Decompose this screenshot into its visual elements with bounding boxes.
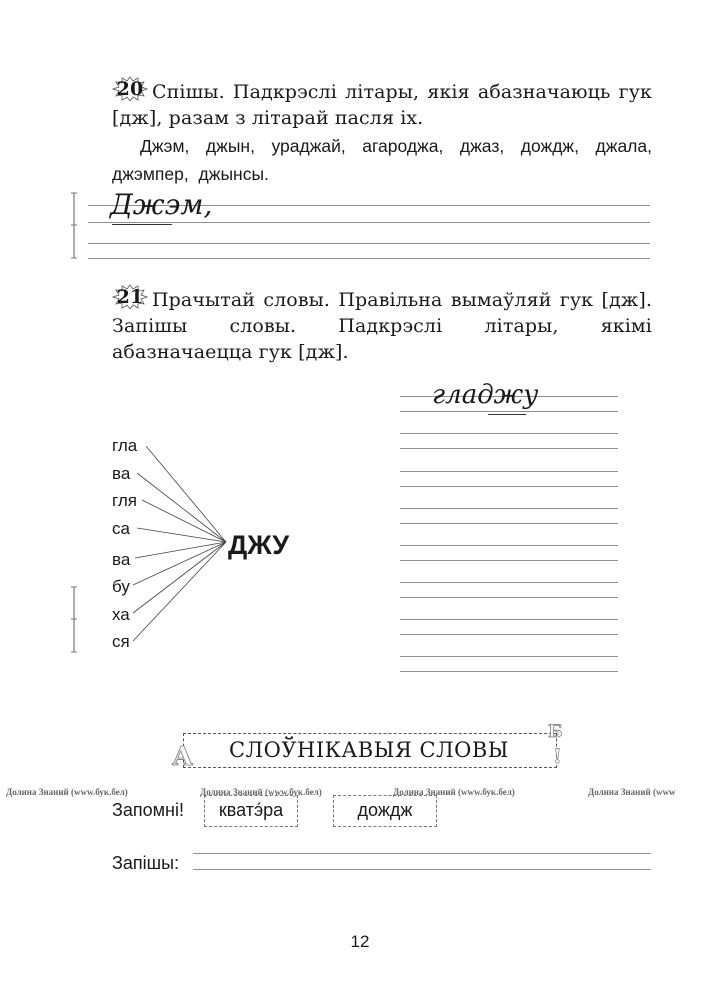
letter-a-icon: А xyxy=(172,742,193,772)
connector-lines xyxy=(0,0,707,1000)
vocab-word: дождж xyxy=(333,795,437,827)
page-number: 12 xyxy=(340,932,380,952)
write-label: Запішы: xyxy=(112,851,179,875)
vocabulary-title: СЛОЎНІКАВЫЯ СЛОВЫ xyxy=(183,738,555,762)
remember-label: Запомні! xyxy=(112,798,184,822)
target-syllable: ДЖУ xyxy=(228,530,289,560)
exclamation-icon: ! xyxy=(553,744,562,768)
line-height-guide-icon xyxy=(68,584,80,656)
watermark: Долина Знаний (www.бук.бел) xyxy=(6,787,128,797)
watermark: Долина Знаний (www xyxy=(588,787,675,797)
handwriting-sample-21: гладжу xyxy=(432,380,538,410)
underline-mark xyxy=(488,414,526,415)
vocab-word: кватэ́ра xyxy=(204,795,298,827)
letter-b-icon: Б xyxy=(548,722,563,742)
